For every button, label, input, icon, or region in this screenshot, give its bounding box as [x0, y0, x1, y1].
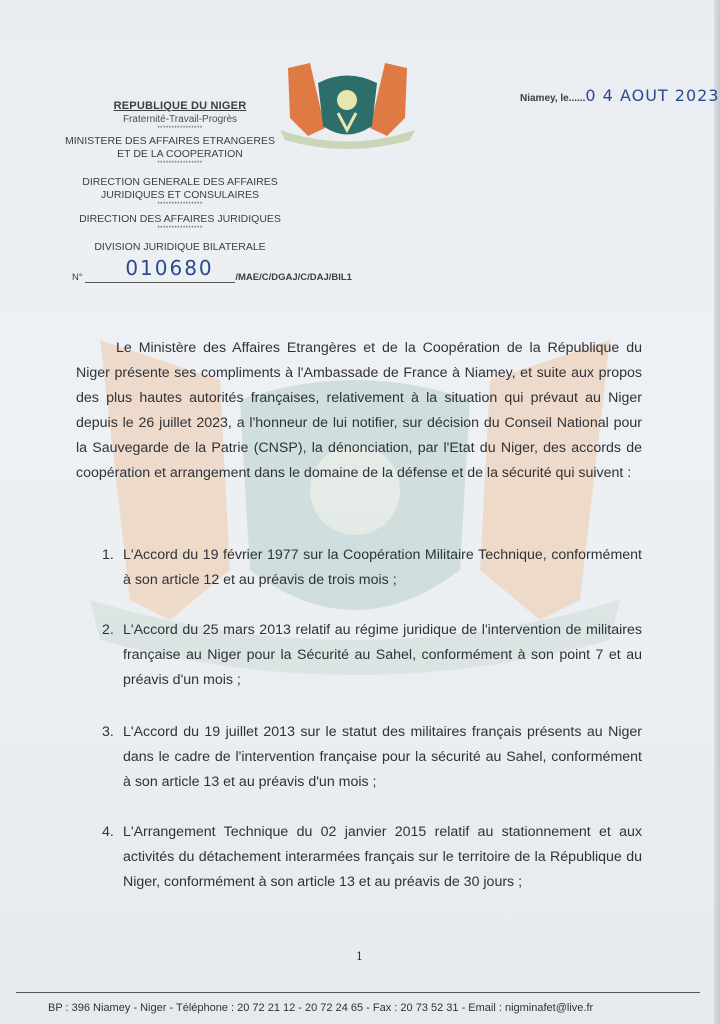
division-line: DIVISION JURIDIQUE BILATERALE	[60, 241, 300, 254]
list-item: 2. L'Accord du 25 mars 2013 relatif au r…	[102, 618, 642, 693]
ministry-line-1: MINISTERE DES AFFAIRES ETRANGERES	[40, 135, 300, 148]
dg-line-2: JURIDIQUES ET CONSULAIRES	[60, 189, 300, 202]
list-item-number: 4.	[102, 820, 114, 845]
dg-line-1: DIRECTION GENERALE DES AFFAIRES	[60, 176, 300, 189]
date-prefix: Niamey, le......	[520, 93, 585, 104]
list-item-number: 3.	[102, 720, 114, 745]
reference-suffix: /MAE/C/DGAJ/C/DAJ/BIL1	[235, 272, 352, 283]
page-edge	[714, 0, 720, 1024]
direction-line: DIRECTION DES AFFAIRES JURIDIQUES	[60, 213, 300, 226]
header-block: REPUBLIQUE DU NIGER Fraternité-Travail-P…	[60, 100, 300, 254]
separator: ****************	[60, 126, 300, 133]
republic-title: REPUBLIQUE DU NIGER	[60, 100, 300, 113]
list-item-text: L'Arrangement Technique du 02 janvier 20…	[123, 820, 642, 895]
reference-line: N° 010680/MAE/C/DGAJ/C/DAJ/BIL1	[72, 268, 352, 283]
list-item-text: L'Accord du 19 juillet 2013 sur le statu…	[123, 720, 642, 795]
footer-contact: BP : 396 Niamey - Niger - Téléphone : 20…	[48, 1002, 593, 1014]
list-item-text: L'Accord du 25 mars 2013 relatif au régi…	[123, 618, 642, 693]
ministry-line-2: ET DE LA COOPERATION	[60, 148, 300, 161]
list-item: 3. L'Accord du 19 juillet 2013 sur le st…	[102, 720, 642, 795]
page-number: 1	[356, 950, 363, 963]
list-item-number: 2.	[102, 618, 114, 643]
reference-label: N°	[72, 272, 83, 283]
list-item-text: L'Accord du 19 février 1977 sur la Coopé…	[123, 543, 642, 593]
separator: ****************	[60, 202, 300, 209]
footer-divider	[16, 992, 700, 993]
separator: ****************	[60, 161, 300, 168]
date-line: Niamey, le......0 4 AOUT 2023	[520, 86, 719, 105]
list-item: 4. L'Arrangement Technique du 02 janvier…	[102, 820, 642, 895]
reference-number: 010680	[125, 256, 213, 280]
separator: ****************	[60, 226, 300, 233]
intro-paragraph: Le Ministère des Affaires Etrangères et …	[76, 336, 642, 486]
coat-of-arms-icon	[280, 58, 415, 150]
list-item-number: 1.	[102, 543, 114, 568]
date-stamp: 0 4 AOUT 2023	[585, 86, 719, 105]
motto: Fraternité-Travail-Progrès	[60, 113, 300, 126]
list-item: 1. L'Accord du 19 février 1977 sur la Co…	[102, 543, 642, 593]
